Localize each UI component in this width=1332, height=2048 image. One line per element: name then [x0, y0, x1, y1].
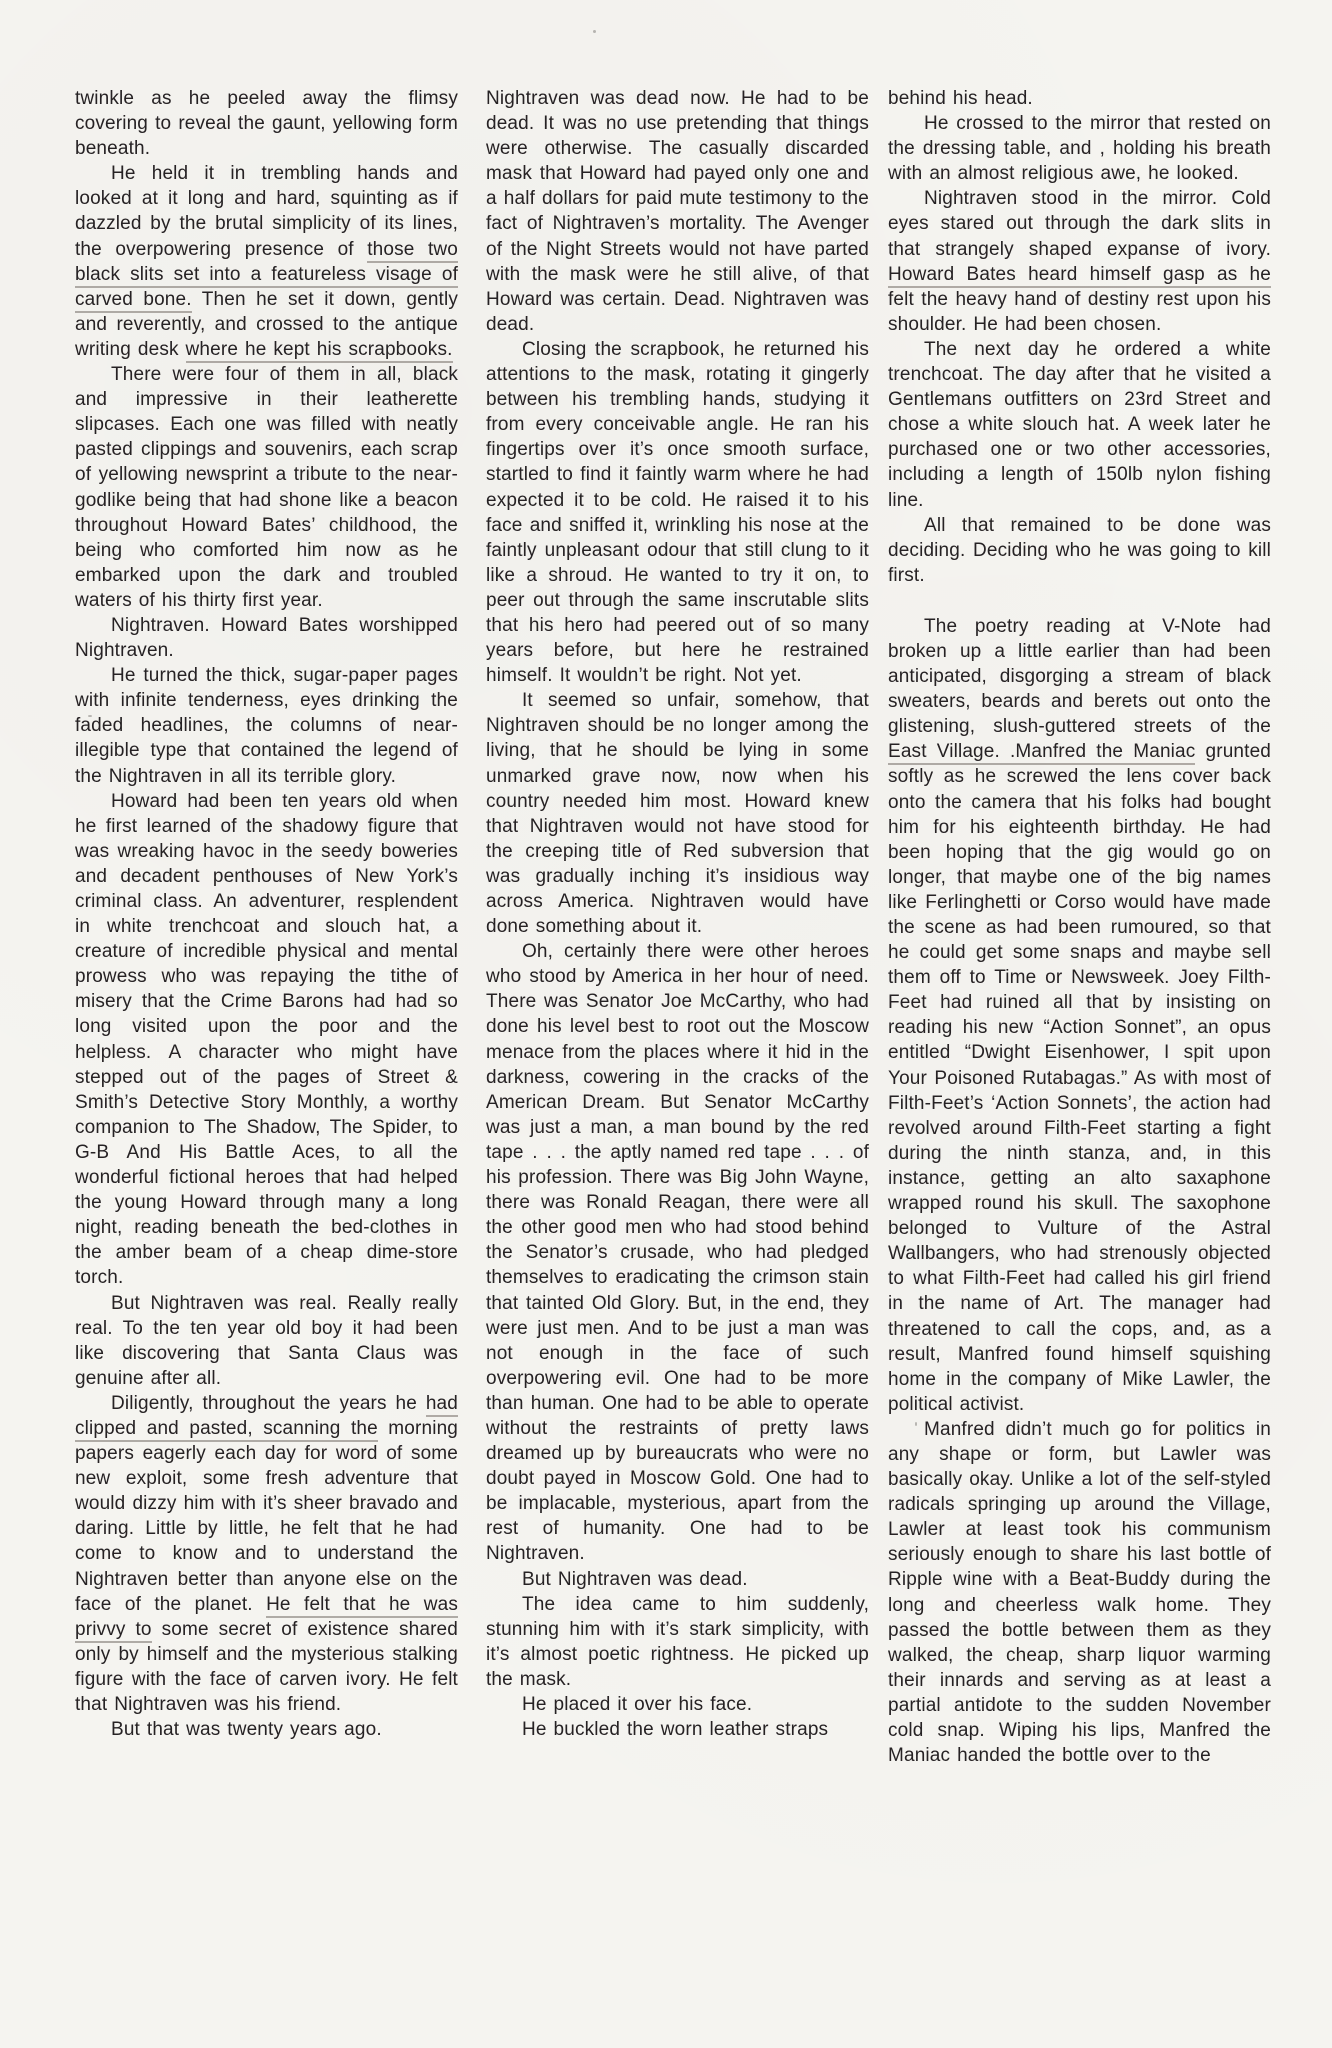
paragraph: He turned the thick, sugar-paper pages w…: [75, 663, 458, 788]
text-run: But that was twenty years ago.: [111, 1719, 382, 1740]
paragraph: Manfred didn’t much go for politics in a…: [888, 1417, 1271, 1768]
paragraph: There were four of them in all, black an…: [75, 362, 458, 613]
paragraph: He buckled the worn leather straps: [486, 1717, 869, 1742]
scanned-page: twinkle as he peeled away the flimsy cov…: [0, 0, 1332, 2048]
text-run: It seemed so unfair, somehow, that Night…: [486, 690, 869, 937]
paragraph: Nightraven was dead now. He had to be de…: [486, 86, 869, 337]
paragraph: Howard had been ten years old when he fi…: [75, 789, 458, 1291]
text-run: Diligently, throughout the years he: [111, 1393, 426, 1414]
paragraph: The next day he ordered a white trenchco…: [888, 337, 1271, 513]
paragraph: Diligently, throughout the years he had …: [75, 1391, 458, 1717]
text-run: Nightraven stood in the mirror. Cold eye…: [888, 188, 1271, 259]
paragraph: But Nightraven was dead.: [486, 1567, 869, 1592]
text-run: felt the heavy hand of destiny rest upon…: [888, 289, 1271, 335]
text-run: Manfred didn’t much go for politics in a…: [888, 1419, 1271, 1766]
text-run: He placed it over his face.: [522, 1694, 752, 1715]
underlined-phrase: Howard Bates heard himself gasp as he: [888, 264, 1271, 288]
paragraph: All that remained to be done was decidin…: [888, 513, 1271, 588]
text-run: He buckled the worn leather straps: [522, 1719, 828, 1740]
paragraph: He crossed to the mirror that rested on …: [888, 111, 1271, 186]
text-run: Howard had been ten years old when he fi…: [75, 791, 458, 1289]
paragraph: Nightraven stood in the mirror. Cold eye…: [888, 186, 1271, 337]
text-run: The idea came to him suddenly, stunning …: [486, 1594, 869, 1690]
underlined-phrase: where he kept his scrapbooks.: [186, 339, 453, 363]
text-run: He crossed to the mirror that rested on …: [888, 113, 1271, 184]
text-run: grunted softly as he screwed the lens co…: [888, 741, 1271, 1414]
paragraph: twinkle as he peeled away the flimsy cov…: [75, 86, 458, 161]
paragraph: It seemed so unfair, somehow, that Night…: [486, 688, 869, 939]
text-run: Oh, certainly there were other heroes wh…: [486, 941, 869, 1564]
text-run: Closing the scrapbook, he returned his a…: [486, 339, 869, 686]
paragraph: He placed it over his face.: [486, 1692, 869, 1717]
paragraph: Closing the scrapbook, he returned his a…: [486, 337, 869, 688]
paragraph: He held it in trembling hands and looked…: [75, 161, 458, 362]
paragraph: But Nightraven was real. Really really r…: [75, 1291, 458, 1391]
text-run: All that remained to be done was decidin…: [888, 515, 1271, 586]
text-run: He turned the thick, sugar-paper pages w…: [75, 665, 458, 786]
underlined-phrase: East Village. .Manfred the Maniac: [888, 741, 1195, 765]
paragraph: But that was twenty years ago.: [75, 1717, 458, 1742]
text-run: Nightraven. Howard Bates worshipped Nigh…: [75, 615, 458, 661]
text-run: But Nightraven was dead.: [522, 1569, 748, 1590]
scan-speck: [593, 30, 596, 33]
paragraph: The idea came to him suddenly, stunning …: [486, 1592, 869, 1692]
text-run: But Nightraven was real. Really really r…: [75, 1293, 458, 1389]
paragraph: Oh, certainly there were other heroes wh…: [486, 939, 869, 1566]
text-run: behind his head.: [888, 88, 1033, 109]
text-run: Nightraven was dead now. He had to be de…: [486, 88, 869, 335]
paragraph: behind his head.: [888, 86, 1271, 111]
text-run: twinkle as he peeled away the flimsy cov…: [75, 88, 458, 159]
paragraph: The poetry reading at V-Note had broken …: [888, 614, 1271, 1417]
text-column-1: twinkle as he peeled away the flimsy cov…: [75, 86, 458, 1742]
text-column-3: behind his head.He crossed to the mirror…: [888, 86, 1271, 1768]
text-run: morning papers eagerly each day for word…: [75, 1418, 458, 1615]
text-run: The next day he ordered a white trenchco…: [888, 339, 1271, 511]
paragraph: Nightraven. Howard Bates worshipped Nigh…: [75, 613, 458, 663]
text-column-2: Nightraven was dead now. He had to be de…: [486, 86, 869, 1742]
text-run: The poetry reading at V-Note had broken …: [888, 616, 1271, 737]
text-run: There were four of them in all, black an…: [75, 364, 458, 611]
